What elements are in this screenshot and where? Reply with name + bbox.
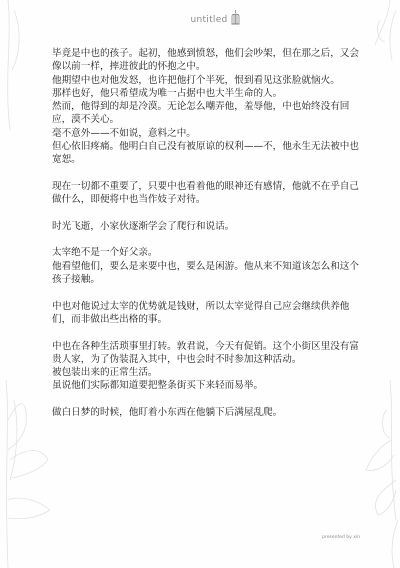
document-page: untitled 毕竟是中也的孩子。起初，他感到愤怒，他们会吵架，但在那之后，又… bbox=[0, 0, 400, 568]
paragraph: 毕竟是中也的孩子。起初，他感到愤怒，他们会吵架，但在那之后，又会像以前一样，摔进… bbox=[52, 47, 360, 167]
story-body: 毕竟是中也的孩子。起初，他感到愤怒，他们会吵架，但在那之后，又会像以前一样，摔进… bbox=[52, 47, 360, 433]
birdcage-icon bbox=[231, 10, 240, 25]
text-line: 中也在各种生活琐事里打转。敦君说，今天有促销。这个小街区里没有富贵人家，为了伪装… bbox=[52, 340, 360, 367]
footer-credit: presented by xin bbox=[322, 535, 360, 540]
text-line: 虽说他们实际都知道要把整条街买下来轻而易举。 bbox=[52, 379, 360, 392]
decorative-foliage-left bbox=[0, 0, 60, 568]
text-line: 他期望中也对他发怒，也许把他打个半死，恨到看见这张脸就恼火。 bbox=[52, 74, 360, 87]
page-title: untitled bbox=[190, 15, 227, 25]
paragraph: 现在一切都不重要了，只要中也看着他的眼神还有感情，他就不在乎自己做什么，即便将中… bbox=[52, 180, 360, 207]
paragraph: 时光飞逝，小家伙逐渐学会了爬行和说话。 bbox=[52, 220, 360, 233]
paragraph: 中也对他说过太宰的优势就是钱财，所以太宰觉得自己应会继续供养他们，而非做出些出格… bbox=[52, 300, 360, 327]
text-line: 毕竟是中也的孩子。起初，他感到愤怒，他们会吵架，但在那之后，又会像以前一样，摔进… bbox=[52, 47, 360, 74]
text-line: 做白日梦的时候，他盯着小东西在他躺下后满屋乱爬。 bbox=[52, 406, 360, 419]
text-line: 时光飞逝，小家伙逐渐学会了爬行和说话。 bbox=[52, 220, 360, 233]
text-line: 但心依旧疼痛。他明白自己没有被原谅的权利——不，他永生无法被中也宽恕。 bbox=[52, 140, 360, 167]
text-line: 他看望他们，要么是来要中也，要么是闲游。他从来不知道该怎么和这个孩子接触。 bbox=[52, 260, 360, 287]
text-line: 中也对他说过太宰的优势就是钱财，所以太宰觉得自己应会继续供养他们，而非做出些出格… bbox=[52, 300, 360, 327]
paragraph: 做白日梦的时候，他盯着小东西在他躺下后满屋乱爬。 bbox=[52, 406, 360, 419]
text-line: 然而，他得到的却是冷漠。无论怎么嘲弄他，羞辱他，中也始终没有回应，漠不关心。 bbox=[52, 100, 360, 127]
text-line: 被包装出来的正常生活。 bbox=[52, 366, 360, 379]
page-header: untitled bbox=[0, 10, 400, 25]
text-line: 太宰绝不是一个好父亲。 bbox=[52, 246, 360, 259]
text-line: 那样也好，他只希望成为唯一占据中也大半生命的人。 bbox=[52, 87, 360, 100]
paragraph: 太宰绝不是一个好父亲。 他看望他们，要么是来要中也，要么是闲游。他从来不知道该怎… bbox=[52, 246, 360, 286]
paragraph: 中也在各种生活琐事里打转。敦君说，今天有促销。这个小街区里没有富贵人家，为了伪装… bbox=[52, 340, 360, 393]
text-line: 毫不意外——不如说，意料之中。 bbox=[52, 127, 360, 140]
text-line: 现在一切都不重要了，只要中也看着他的眼神还有感情，他就不在乎自己做什么，即便将中… bbox=[52, 180, 360, 207]
